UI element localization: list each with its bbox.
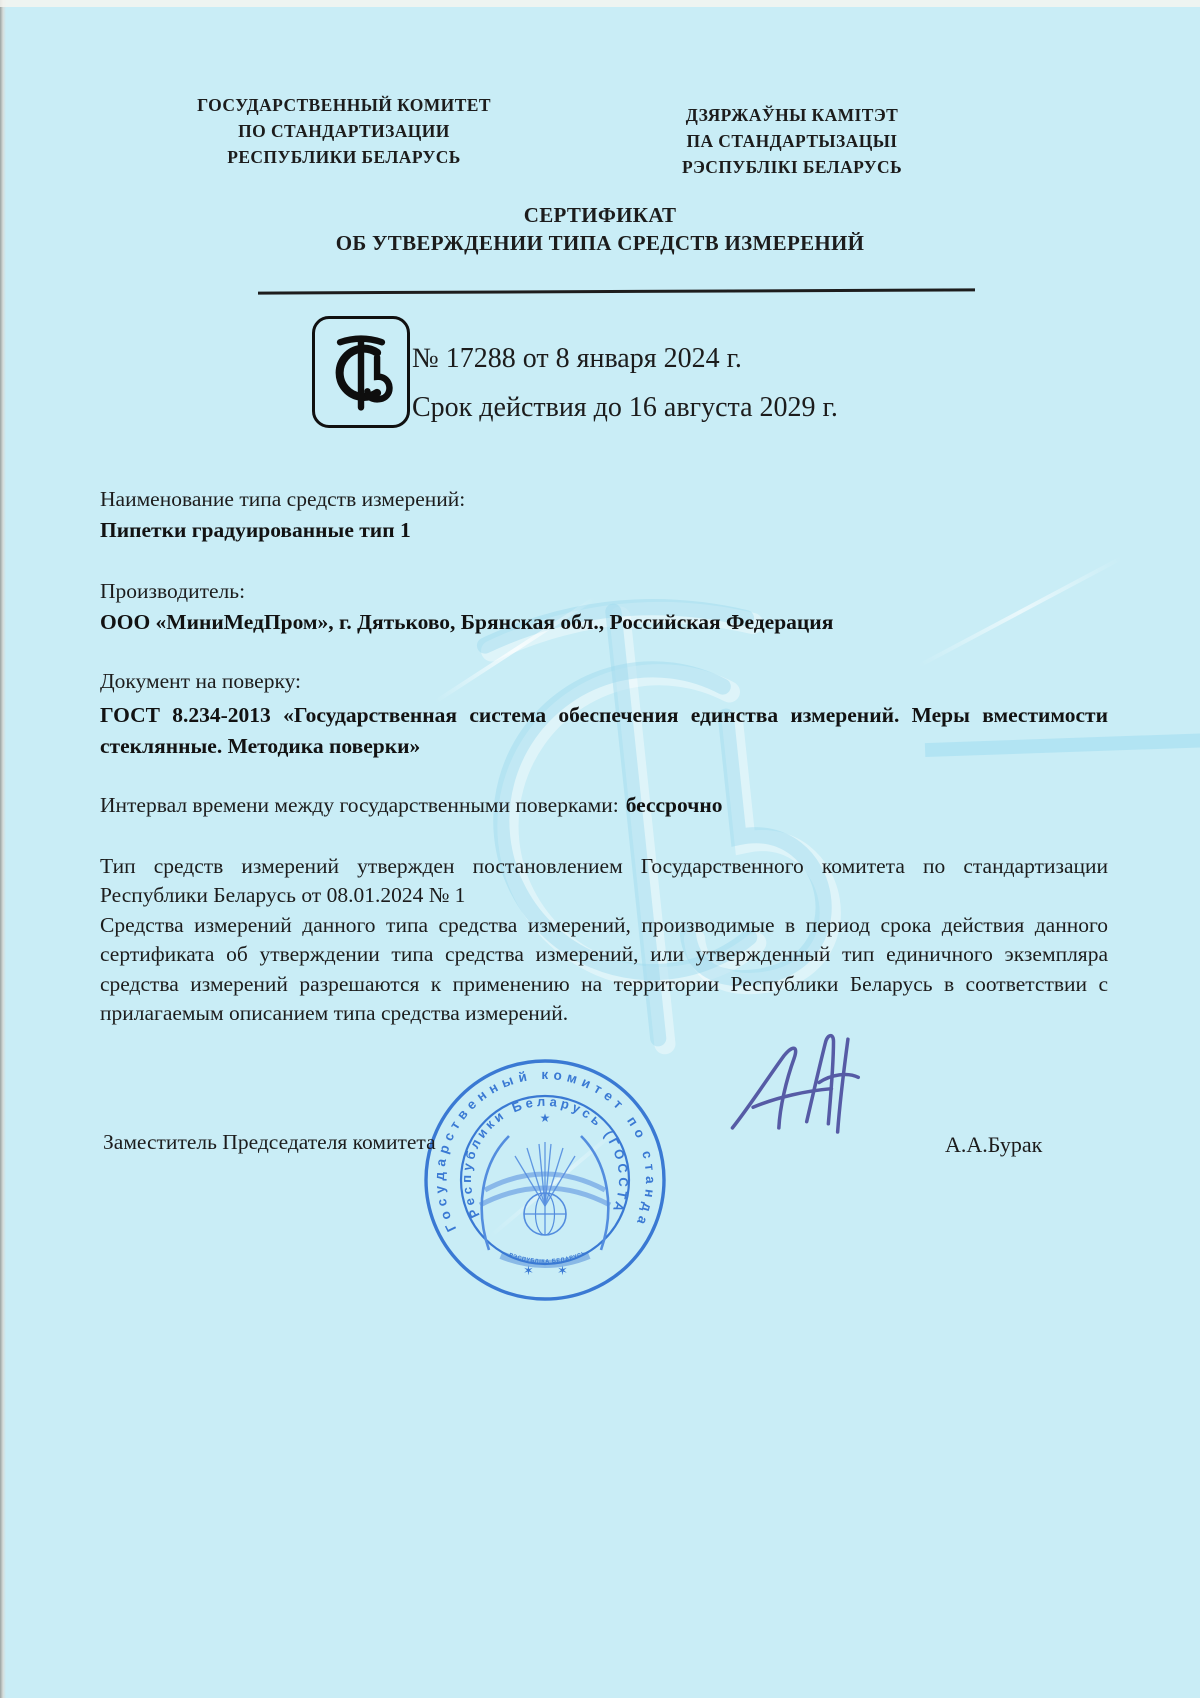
issuer-ru-line: ПО СТАНДАРТИЗАЦИИ <box>168 118 520 144</box>
svg-text:★: ★ <box>540 1111 551 1125</box>
certificate-number: № 17288 от 8 января 2024 г. <box>412 344 742 374</box>
title-line-2: ОБ УТВЕРЖДЕНИИ ТИПА СРЕДСТВ ИЗМЕРЕНИЙ <box>0 229 1200 257</box>
issuer-ru-line: РЕСПУБЛИКИ БЕЛАРУСЬ <box>168 144 520 170</box>
issuer-by-line: ДЗЯРЖАЎНЫ КАМІТЭТ <box>648 102 936 128</box>
interval-label: Интервал времени между государственными … <box>100 793 619 817</box>
signer-name: А.А.Бурак <box>945 1132 1042 1158</box>
body-paragraphs: Тип средств измерений утвержден постанов… <box>100 852 1108 1028</box>
manufacturer-label: Производитель: <box>100 578 1108 605</box>
title-line-1: СЕРТИФИКАТ <box>0 201 1200 229</box>
handwritten-signature-icon <box>718 1020 883 1145</box>
type-name-value: Пипетки градуированные тип 1 <box>100 517 1108 544</box>
title-underline <box>258 288 975 294</box>
type-name-label: Наименование типа средств измерений: <box>100 486 1108 513</box>
certificate-page: ГОСУДАРСТВЕННЫЙ КОМИТЕТ ПО СТАНДАРТИЗАЦИ… <box>0 0 1200 1698</box>
interval-value: бессрочно <box>626 793 723 817</box>
issuer-by-line: ПА СТАНДАРТЫЗАЦЫІ <box>648 128 936 154</box>
signer-position-label: Заместитель Председателя комитета <box>103 1130 436 1155</box>
stb-mark-icon <box>312 316 410 428</box>
gosstandart-seal-icon: Государственный комитет по стандартизаци… <box>423 1058 667 1302</box>
scan-edge-top <box>0 0 1200 7</box>
issuer-name-belarusian: ДЗЯРЖАЎНЫ КАМІТЭТ ПА СТАНДАРТЫЗАЦЫІ РЭСП… <box>648 102 936 180</box>
verification-doc-value: ГОСТ 8.234-2013 «Государственная система… <box>100 700 1108 762</box>
approval-paragraph: Тип средств измерений утвержден постанов… <box>100 852 1108 911</box>
belarus-coat-of-arms: ★ <box>480 1111 610 1264</box>
provisions-paragraph: Средства измерений данного типа средства… <box>100 911 1108 1029</box>
verification-interval: Интервал времени между государственными … <box>100 792 1108 819</box>
document-title: СЕРТИФИКАТ ОБ УТВЕРЖДЕНИИ ТИПА СРЕДСТВ И… <box>0 201 1200 257</box>
issuer-ru-line: ГОСУДАРСТВЕННЫЙ КОМИТЕТ <box>168 92 520 118</box>
issuer-name-russian: ГОСУДАРСТВЕННЫЙ КОМИТЕТ ПО СТАНДАРТИЗАЦИ… <box>168 92 520 170</box>
issuer-by-line: РЭСПУБЛІКІ БЕЛАРУСЬ <box>648 154 936 180</box>
verification-doc-label: Документ на поверку: <box>100 668 1108 695</box>
certificate-validity: Срок действия до 16 августа 2029 г. <box>412 393 838 423</box>
manufacturer-value: ООО «МиниМедПром», г. Дятьково, Брянская… <box>100 609 1108 636</box>
